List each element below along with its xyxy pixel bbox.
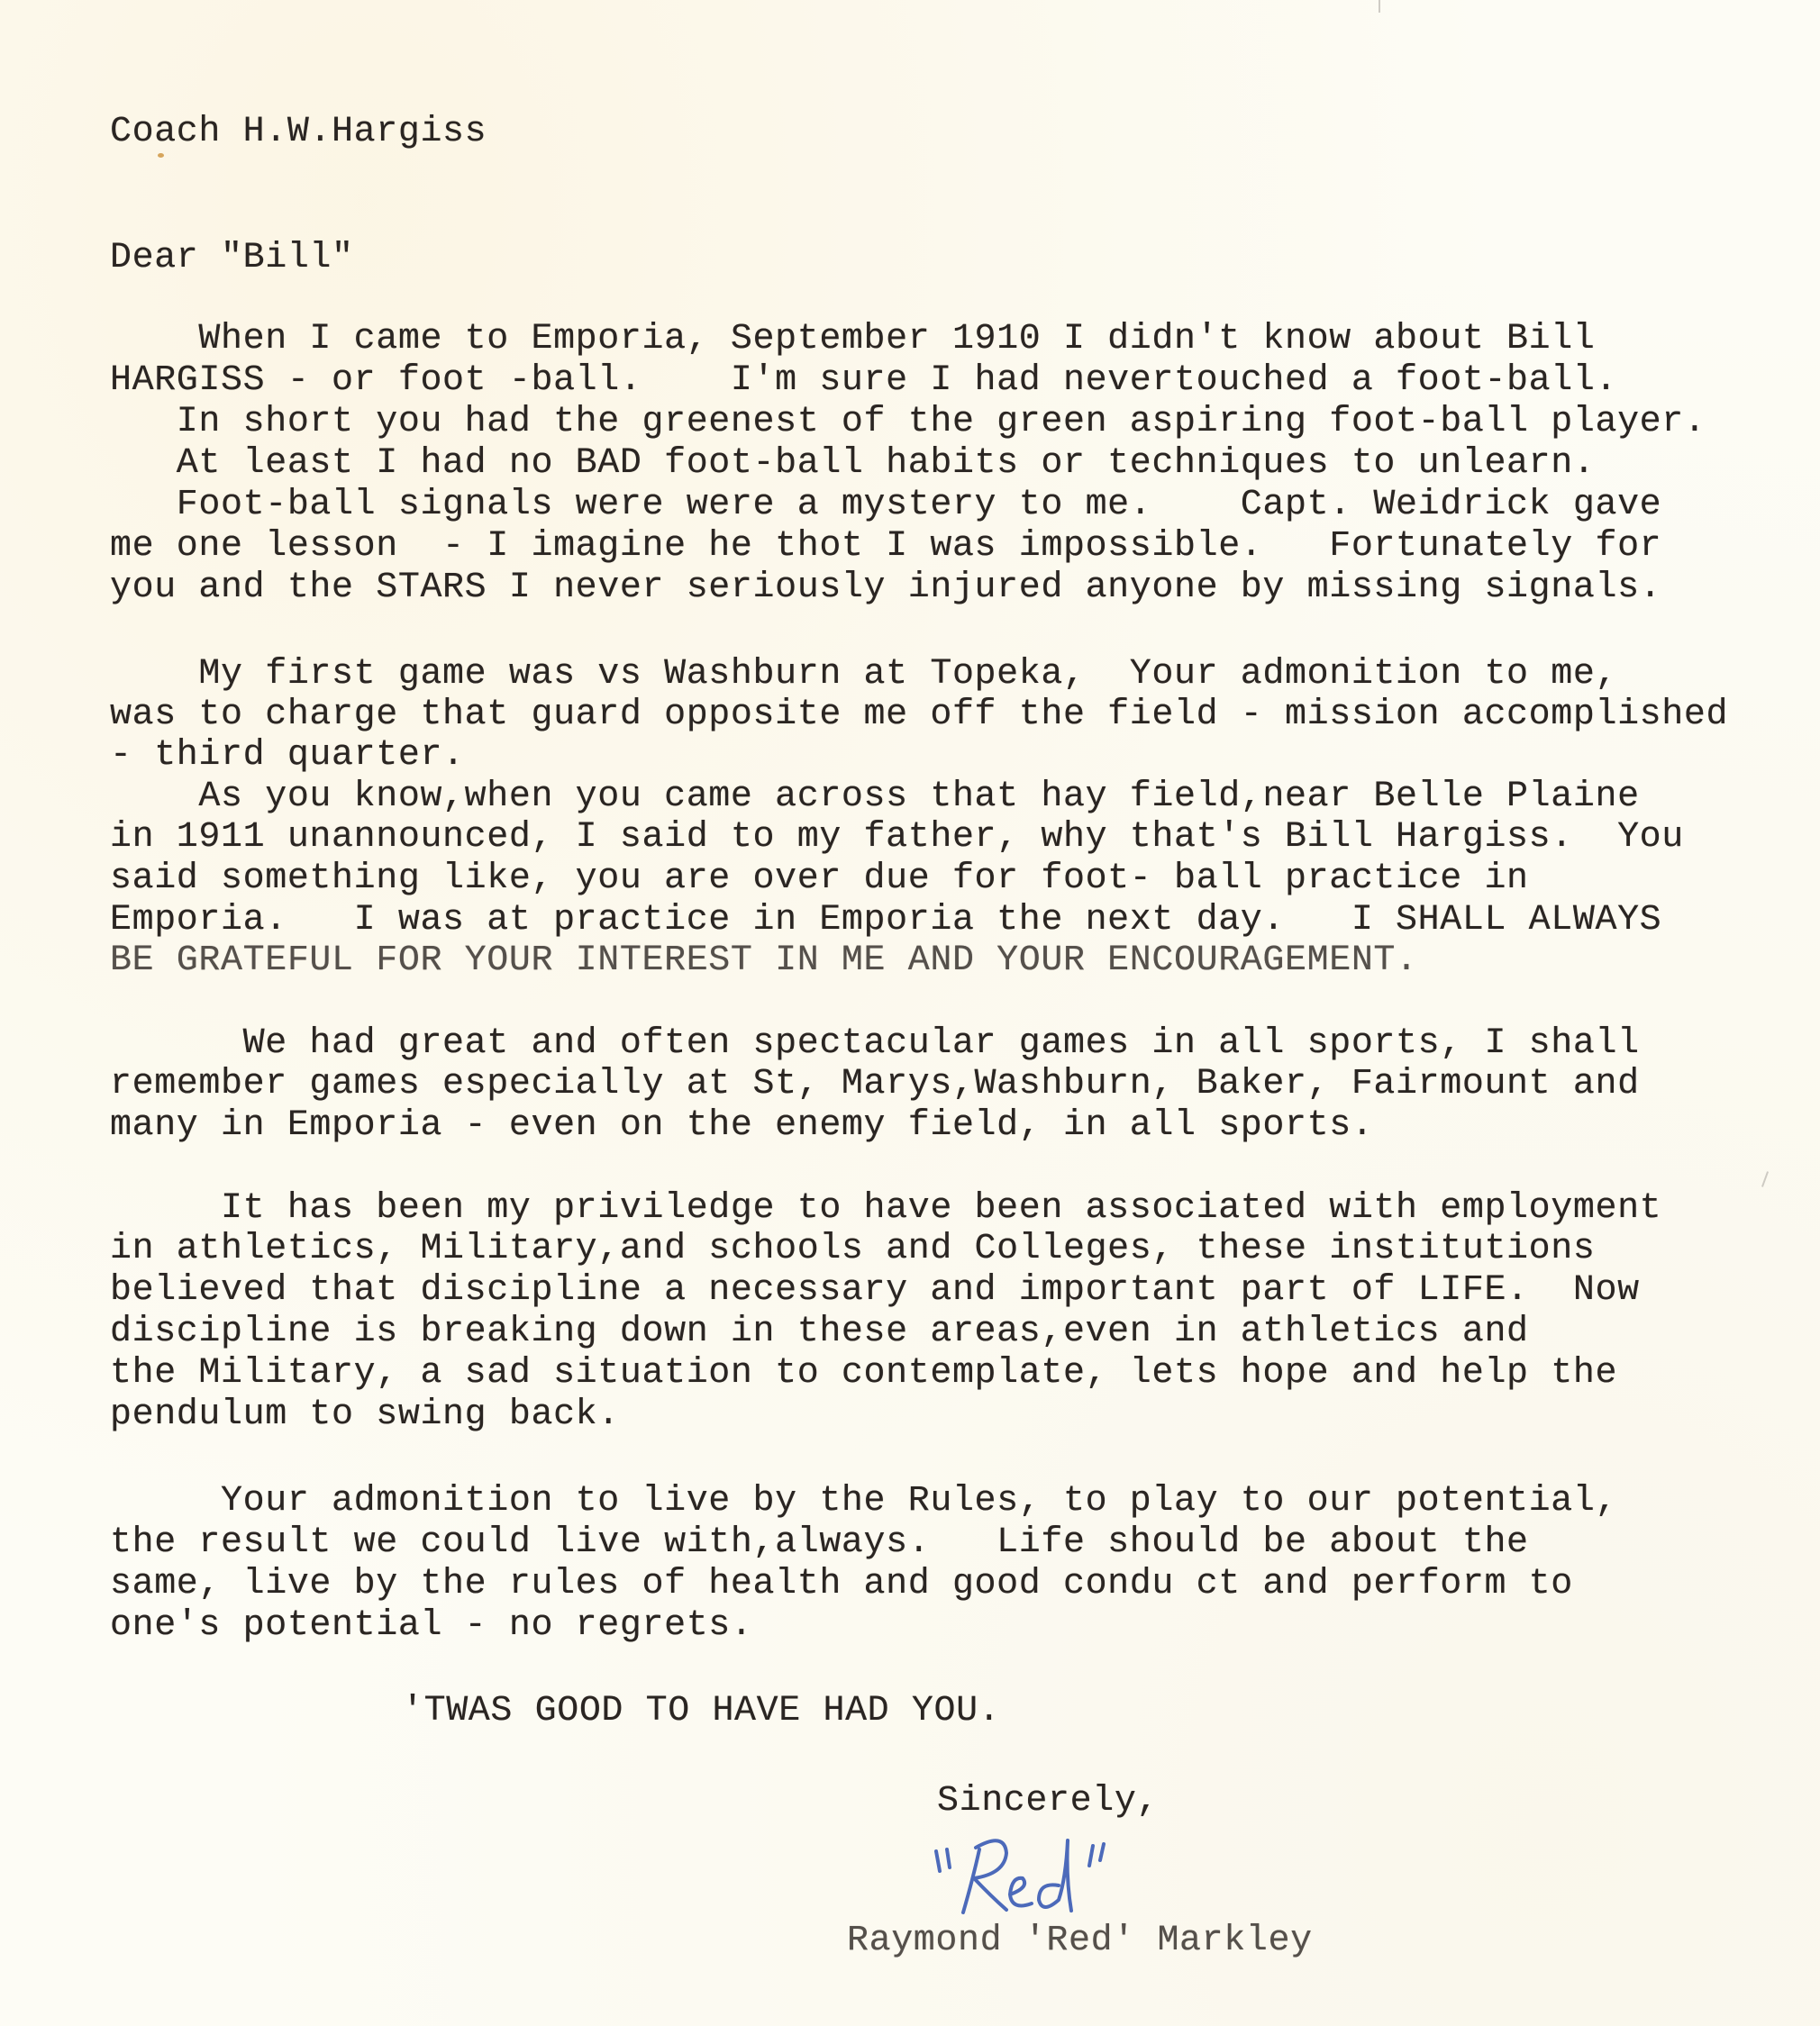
paragraph-line: discipline is breaking down in these are… bbox=[110, 1314, 1529, 1350]
paragraph-line: believed that discipline a necessary and… bbox=[110, 1273, 1640, 1309]
paragraph-line: In short you had the greenest of the gre… bbox=[110, 404, 1706, 441]
paragraph-line: in 1911 unannounced, I said to my father… bbox=[110, 820, 1684, 856]
paragraph-line: My first game was vs Washburn at Topeka,… bbox=[110, 657, 1617, 693]
paragraph-line: Foot-ball signals were were a mystery to… bbox=[110, 487, 1661, 523]
paragraph-line: Your admonition to live by the Rules, to… bbox=[110, 1484, 1617, 1520]
paper-stain bbox=[158, 153, 164, 158]
paragraph-line: the result we could live with,always. Li… bbox=[110, 1525, 1529, 1561]
paragraph-line: It has been my priviledge to have been a… bbox=[110, 1191, 1661, 1227]
paragraph-line: At least I had no BAD foot-ball habits o… bbox=[110, 446, 1595, 482]
paragraph-line: said something like, you are over due fo… bbox=[110, 861, 1529, 897]
paragraph-line: We had great and often spectacular games… bbox=[110, 1026, 1640, 1062]
paragraph-line: in athletics, Military,and schools and C… bbox=[110, 1231, 1595, 1267]
paragraph-line: - third quarter. bbox=[110, 738, 465, 774]
paragraph-line: many in Emporia - even on the enemy fiel… bbox=[110, 1108, 1373, 1144]
paragraph-line: remember games especially at St, Marys,W… bbox=[110, 1067, 1640, 1103]
paragraph-line: one's potential - no regrets. bbox=[110, 1608, 753, 1644]
paragraph-line: pendulum to swing back. bbox=[110, 1397, 620, 1433]
paragraph-line: same, live by the rules of health and go… bbox=[110, 1567, 1573, 1603]
signer-name: Raymond 'Red' Markley bbox=[847, 1923, 1313, 1959]
recipient-line: Coach H.W.Hargiss bbox=[110, 114, 487, 150]
paper-mark bbox=[1761, 1171, 1769, 1187]
salutation: Dear "Bill" bbox=[110, 241, 354, 277]
paragraph-line: was to charge that guard opposite me off… bbox=[110, 697, 1728, 733]
handwritten-signature bbox=[924, 1824, 1140, 1923]
paragraph-line: you and the STARS I never seriously inju… bbox=[110, 570, 1661, 606]
paper-mark bbox=[1379, 0, 1380, 13]
paragraph-line: BE GRATEFUL FOR YOUR INTEREST IN ME AND … bbox=[110, 943, 1418, 979]
valediction: Sincerely, bbox=[937, 1784, 1159, 1820]
closing-line: 'TWAS GOOD TO HAVE HAD YOU. bbox=[402, 1694, 1000, 1730]
paragraph-line: me one lesson - I imagine he thot I was … bbox=[110, 529, 1661, 565]
paragraph-line: Emporia. I was at practice in Emporia th… bbox=[110, 903, 1661, 939]
paragraph-line: As you know,when you came across that ha… bbox=[110, 779, 1640, 815]
paragraph-line: When I came to Emporia, September 1910 I… bbox=[110, 322, 1595, 358]
paragraph-line: HARGISS - or foot -ball. I'm sure I had … bbox=[110, 363, 1617, 399]
paragraph-line: the Military, a sad situation to contemp… bbox=[110, 1356, 1617, 1392]
